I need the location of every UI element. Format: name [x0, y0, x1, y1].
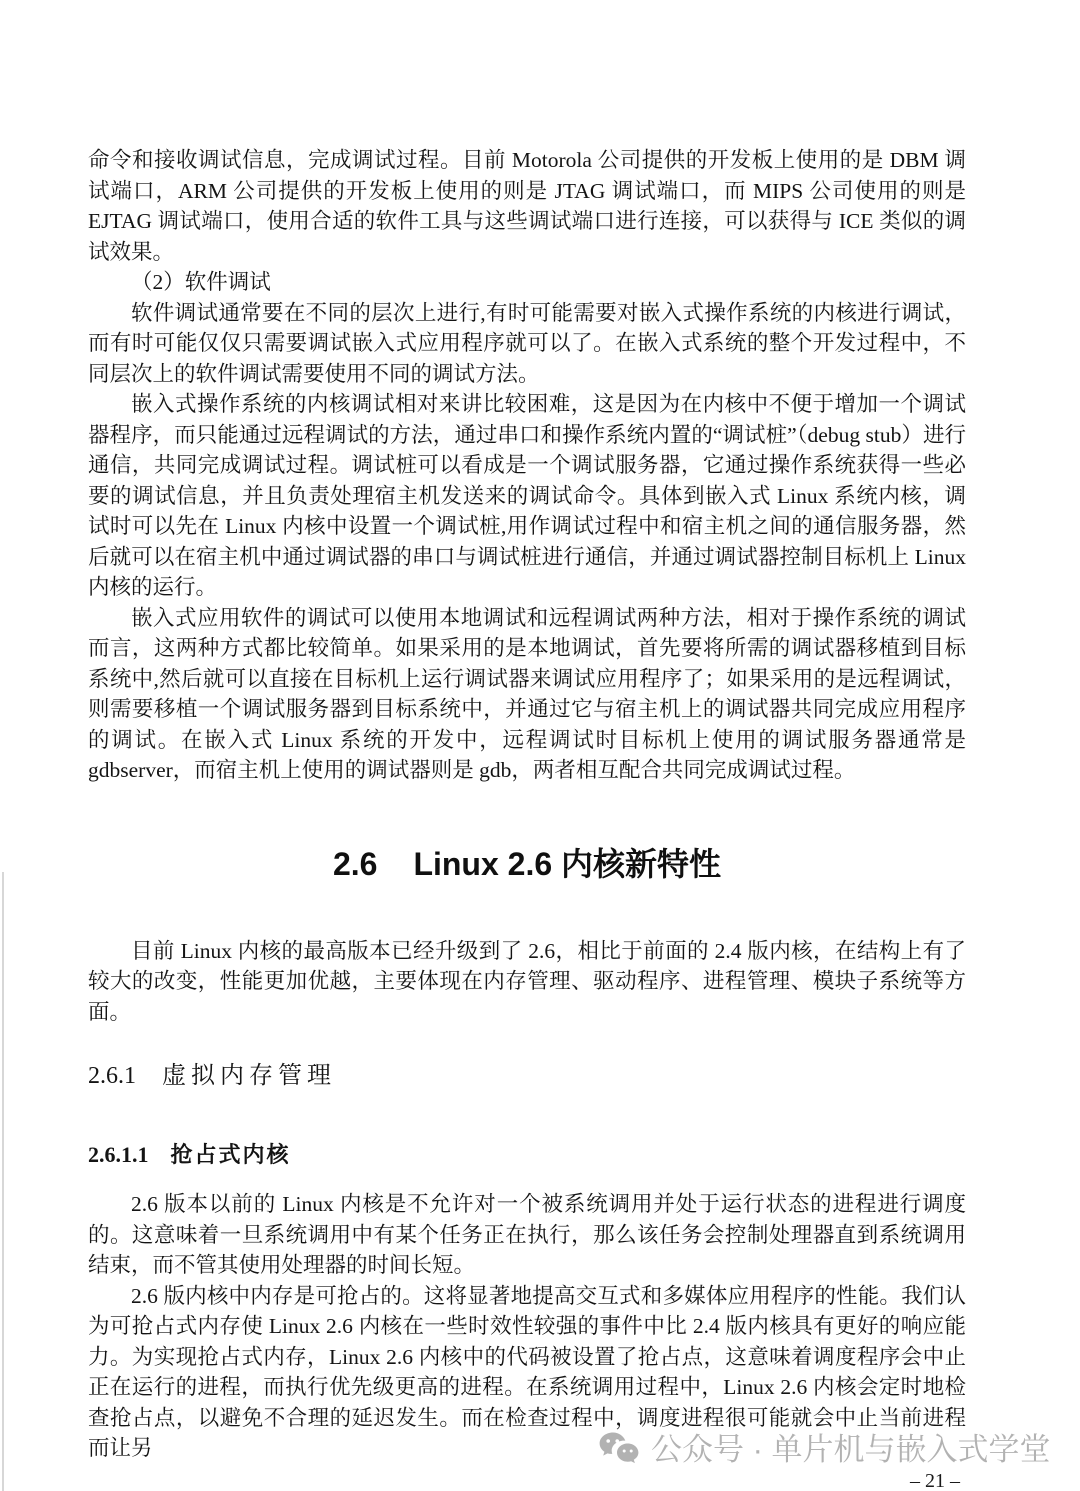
subsubsection-heading: 2.6.1.1抢占式内核 — [88, 1141, 966, 1169]
section-number: 2.6 — [333, 846, 377, 882]
subsection-title: 虚拟内存管理 — [162, 1063, 336, 1089]
list-item-software-debug: （2）软件调试 — [88, 267, 966, 298]
wechat-icon — [598, 1430, 640, 1470]
subsubsection-number: 2.6.1.1 — [88, 1142, 149, 1167]
subsubsection-title: 抢占式内核 — [171, 1142, 291, 1167]
scanned-book-page: 命令和接收调试信息，完成调试过程。目前 Motorola 公司提供的开发板上使用… — [0, 0, 1080, 1491]
body-paragraph: 嵌入式操作系统的内核调试相对来讲比较困难，这是因为在内核中不便于增加一个调试器程… — [88, 389, 966, 603]
body-paragraph: 命令和接收调试信息，完成调试过程。目前 Motorola 公司提供的开发板上使用… — [88, 145, 966, 267]
subsection-number: 2.6.1 — [88, 1063, 136, 1089]
section-heading: 2.6Linux 2.6 内核新特性 — [88, 844, 966, 884]
section-title: Linux 2.6 内核新特性 — [413, 846, 721, 882]
body-paragraph: 嵌入式应用软件的调试可以使用本地调试和远程调试两种方法，相对于操作系统的调试而言… — [88, 603, 966, 786]
body-paragraph: 2.6 版本以前的 Linux 内核是不允许对一个被系统调用并处于运行状态的进程… — [88, 1189, 966, 1281]
watermark-text: 公众号 · 单片机与嵌入式学堂 — [651, 1428, 1051, 1472]
watermark: 公众号 · 单片机与嵌入式学堂 — [598, 1428, 1051, 1472]
page-number: – 21 – — [88, 1470, 966, 1491]
body-paragraph: 软件调试通常要在不同的层次上进行,有时可能需要对嵌入式操作系统的内核进行调试，而… — [88, 298, 966, 390]
scan-edge-artifact — [2, 872, 4, 1491]
page-content: 命令和接收调试信息，完成调试过程。目前 Motorola 公司提供的开发板上使用… — [88, 0, 966, 1491]
subsection-heading: 2.6.1虚拟内存管理 — [88, 1061, 966, 1091]
body-paragraph: 目前 Linux 内核的最高版本已经升级到了 2.6，相比于前面的 2.4 版内… — [88, 936, 966, 1028]
